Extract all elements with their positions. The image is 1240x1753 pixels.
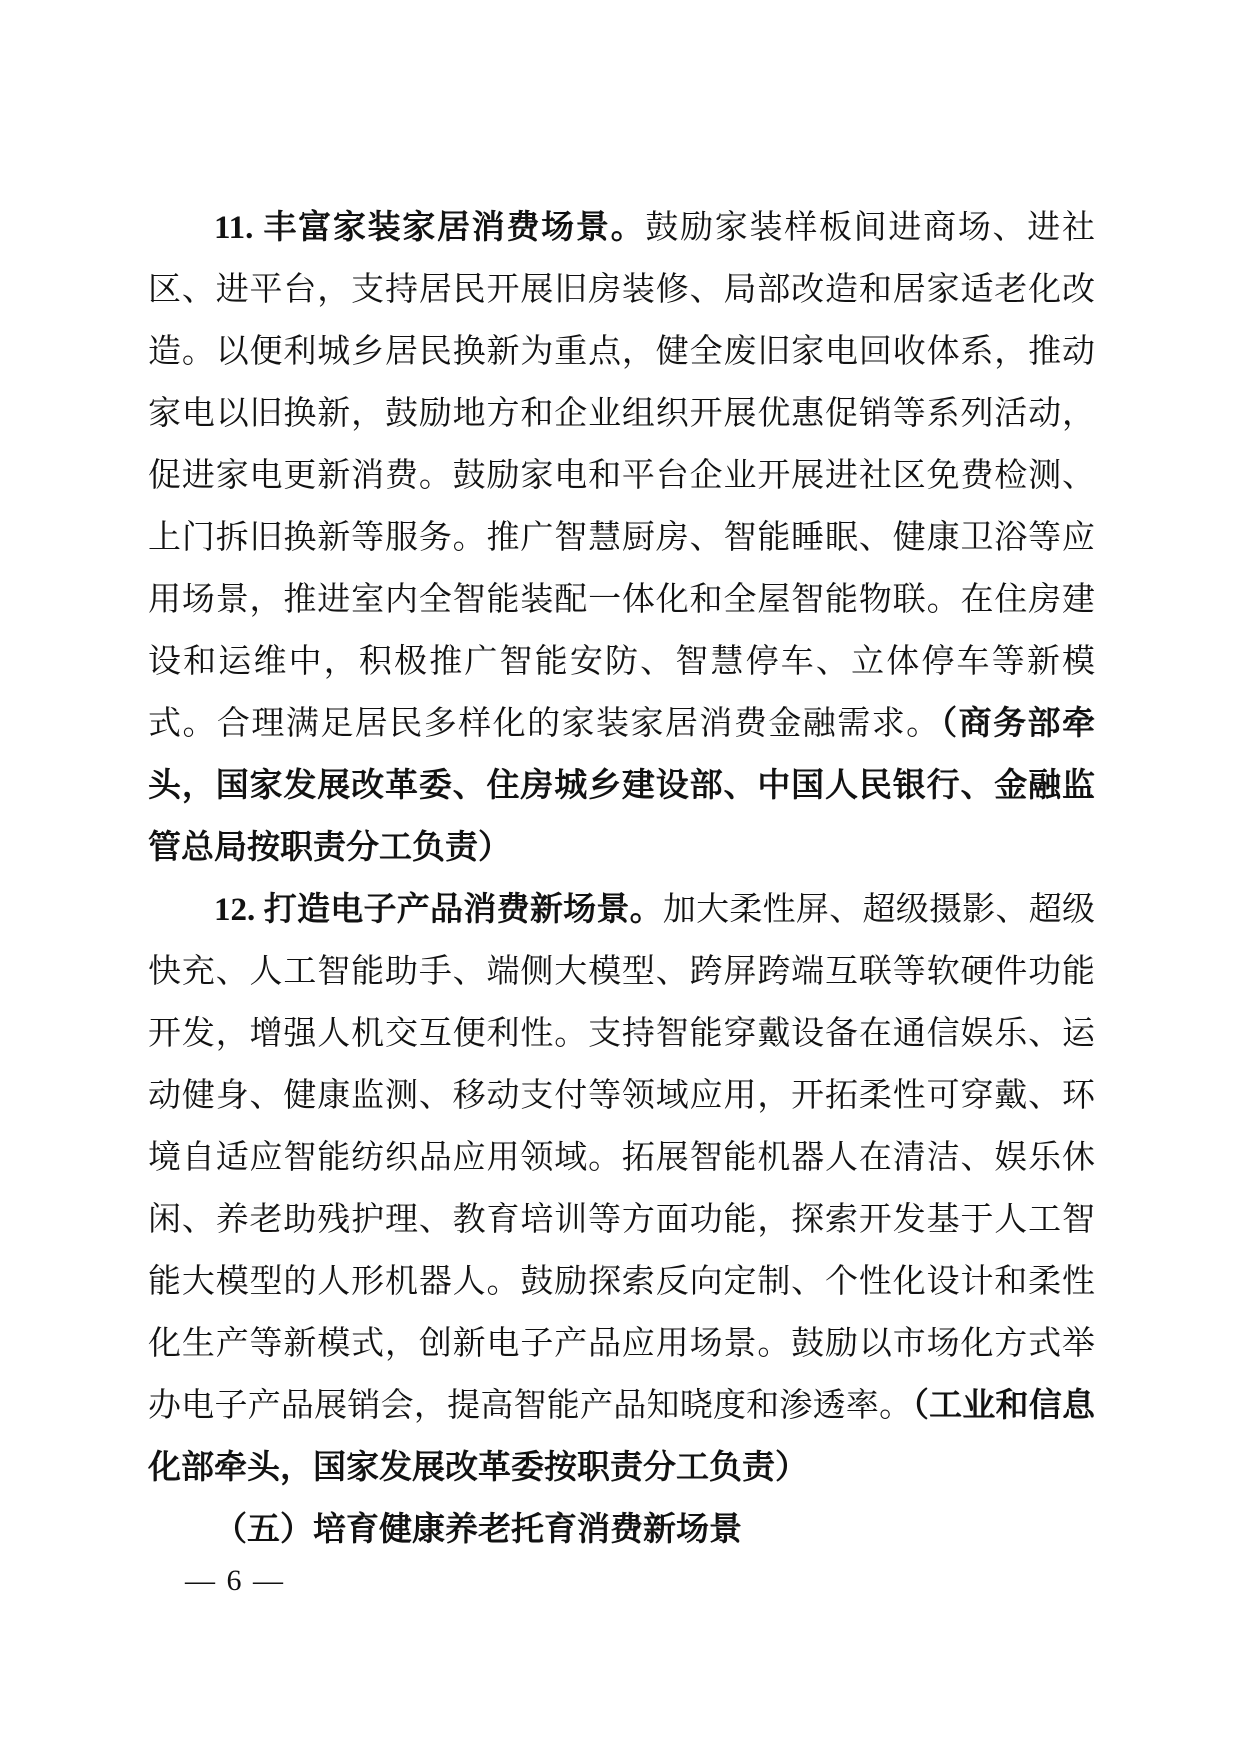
document-page: 11. 丰富家装家居消费场景。鼓励家装样板间进商场、进社区、进平台，支持居民开展… <box>0 0 1240 1753</box>
paragraph-item-12: 12. 打造电子产品消费新场景。加大柔性屏、超级摄影、超级快充、人工智能助手、端… <box>148 879 1095 1499</box>
page-number: — 6 — <box>185 1561 285 1601</box>
section-heading-5: （五）培育健康养老托育消费新场景 <box>148 1499 1095 1561</box>
item-11-lead-heading: 11. 丰富家装家居消费场景。 <box>214 210 645 246</box>
item-11-body-text: 鼓励家装样板间进商场、进社区、进平台，支持居民开展旧房装修、局部改造和居家适老化… <box>148 210 1095 742</box>
item-12-body-text: 加大柔性屏、超级摄影、超级快充、人工智能助手、端侧大模型、跨屏跨端互联等软硬件功… <box>148 892 1095 1424</box>
paragraph-item-11: 11. 丰富家装家居消费场景。鼓励家装样板间进商场、进社区、进平台，支持居民开展… <box>148 197 1095 879</box>
item-12-lead-heading: 12. 打造电子产品消费新场景。 <box>214 892 663 928</box>
document-body: 11. 丰富家装家居消费场景。鼓励家装样板间进商场、进社区、进平台，支持居民开展… <box>148 197 1095 1561</box>
